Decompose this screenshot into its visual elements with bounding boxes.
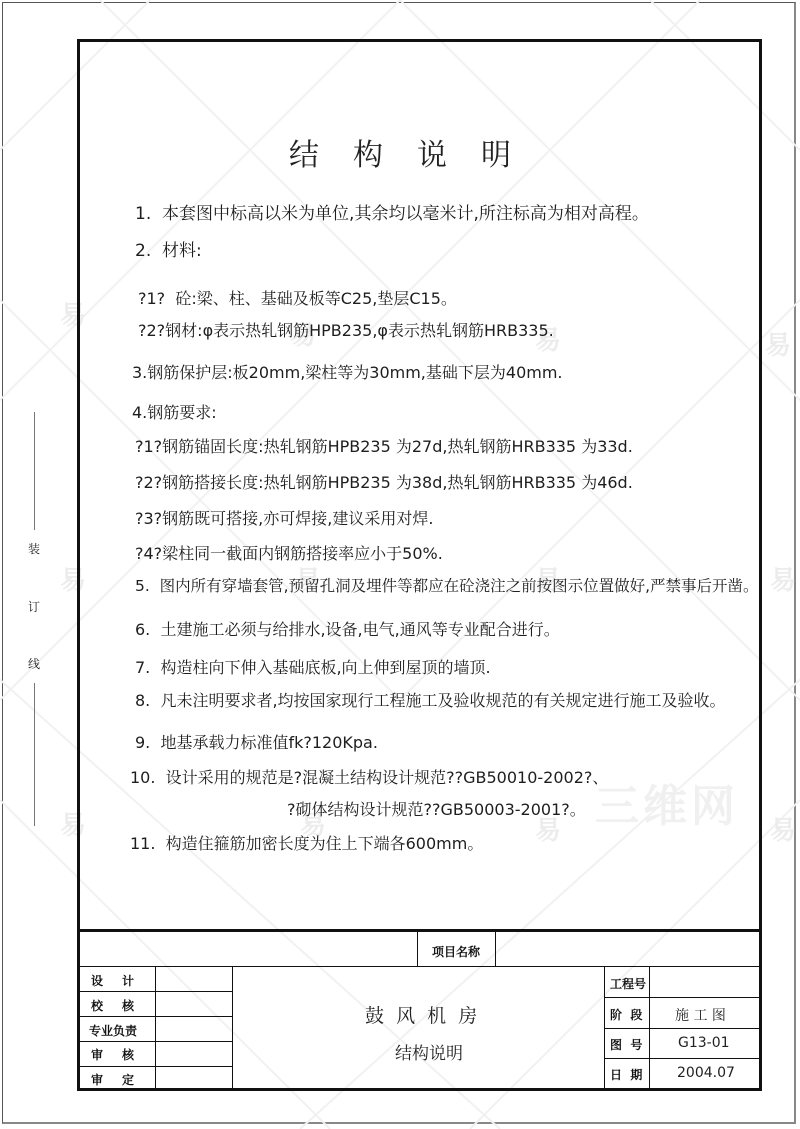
sig-label-review: 审 — [91, 1046, 103, 1063]
tb-border-top — [77, 929, 762, 932]
sig-label-approve: 审 — [91, 1071, 103, 1088]
note-item: 8. 凡未注明要求者,均按国家现行工程施工及验收规范的有关规定进行施工及验收。 — [135, 688, 726, 711]
info-label-drawing-no: 图 号 — [610, 1036, 642, 1053]
sig-label-check: 核 — [122, 997, 134, 1014]
info-value-stage: 施 工 图 — [675, 1005, 726, 1025]
project-name-label: 项目名称 — [432, 943, 480, 960]
note-item: 3.钢筋保护层:板20mm,梁柱等为30mm,基础下层为40mm. — [132, 360, 563, 383]
sig-label-discipline-lead: 专业负责 — [89, 1022, 137, 1039]
info-label-project-no: 工程号 — [610, 975, 646, 992]
info-value-drawing-no: G13-01 — [678, 1035, 730, 1051]
sig-label-design: 计 — [122, 972, 134, 989]
note-subitem: ?2?钢材:φ表示热轧钢筋HPB235,φ表示热轧钢筋HRB335. — [138, 318, 554, 341]
sig-label-review: 核 — [122, 1046, 134, 1063]
binding-char: 装 — [28, 540, 40, 557]
drawing-title: 鼓 风 机 房 — [365, 1001, 477, 1028]
binding-line-top — [34, 412, 35, 530]
drawing-subtitle: 结构说明 — [395, 1039, 463, 1064]
tb-divider — [417, 929, 418, 967]
info-label-stage: 阶 段 — [610, 1006, 642, 1023]
note-subitem: ?3?钢筋既可搭接,亦可焊接,建议采用对焊. — [135, 506, 433, 529]
tb-divider — [232, 966, 233, 1091]
sig-label-check: 校 — [91, 997, 103, 1014]
note-subitem: ?2?钢筋搭接长度:热轧钢筋HPB235 为38d,热轧钢筋HRB335 为46… — [135, 470, 633, 493]
tb-divider — [77, 1041, 232, 1042]
title-block: 项目名称 设 计 校 核 专业负责 审 核 审 定 鼓 风 机 房 结构说明 工… — [77, 929, 762, 1091]
tb-divider — [77, 991, 232, 992]
tb-divider — [155, 966, 156, 1091]
note-item: 6. 土建施工必须与给排水,设备,电气,通风等专业配合进行。 — [135, 617, 560, 640]
sig-label-design: 设 — [91, 972, 103, 989]
note-item: 9. 地基承载力标准值fk?120Kpa. — [135, 730, 378, 753]
tb-divider — [495, 929, 496, 967]
sig-label-approve: 定 — [122, 1071, 134, 1088]
note-item: 1. 本套图中标高以米为单位,其余均以毫米计,所注标高为相对高程。 — [135, 199, 649, 224]
info-value-date: 2004.07 — [677, 1065, 735, 1081]
binding-char: 线 — [28, 655, 40, 672]
note-subitem: ?4?梁柱同一截面内钢筋搭接率应小于50%. — [135, 541, 443, 564]
tb-divider — [77, 1066, 232, 1067]
tb-divider — [604, 1028, 762, 1029]
note-subitem: ?1?钢筋锚固长度:热轧钢筋HPB235 为27d,热轧钢筋HRB335 为33… — [135, 434, 633, 457]
tb-divider — [604, 997, 762, 998]
note-item: 5. 图内所有穿墙套管,预留孔洞及埋件等都应在砼浇注之前按图示位置做好,严禁事后… — [135, 574, 759, 596]
tb-divider — [604, 1058, 762, 1059]
tb-divider — [77, 1016, 232, 1017]
note-item: 2. 材料: — [135, 236, 202, 261]
binding-char: 订 — [28, 598, 40, 615]
binding-line-bottom — [34, 683, 35, 826]
note-item: 4.钢筋要求: — [132, 400, 217, 423]
note-item-continuation: ?砌体结构设计规范??GB50003-2001?。 — [287, 797, 586, 820]
tb-divider — [77, 966, 762, 967]
info-label-date: 日 期 — [610, 1066, 642, 1083]
note-item: 7. 构造柱向下伸入基础底板,向上伸到屋顶的墙顶. — [135, 655, 491, 678]
note-subitem: ?1? 砼:梁、柱、基础及板等C25,垫层C15。 — [138, 286, 457, 309]
note-item: 10. 设计采用的规范是?混凝土结构设计规范??GB50010-2002?、 — [130, 765, 608, 788]
page-title: 结构说明 — [0, 130, 800, 174]
note-item: 11. 构造住箍筋加密长度为住上下端各600mm。 — [130, 831, 483, 854]
